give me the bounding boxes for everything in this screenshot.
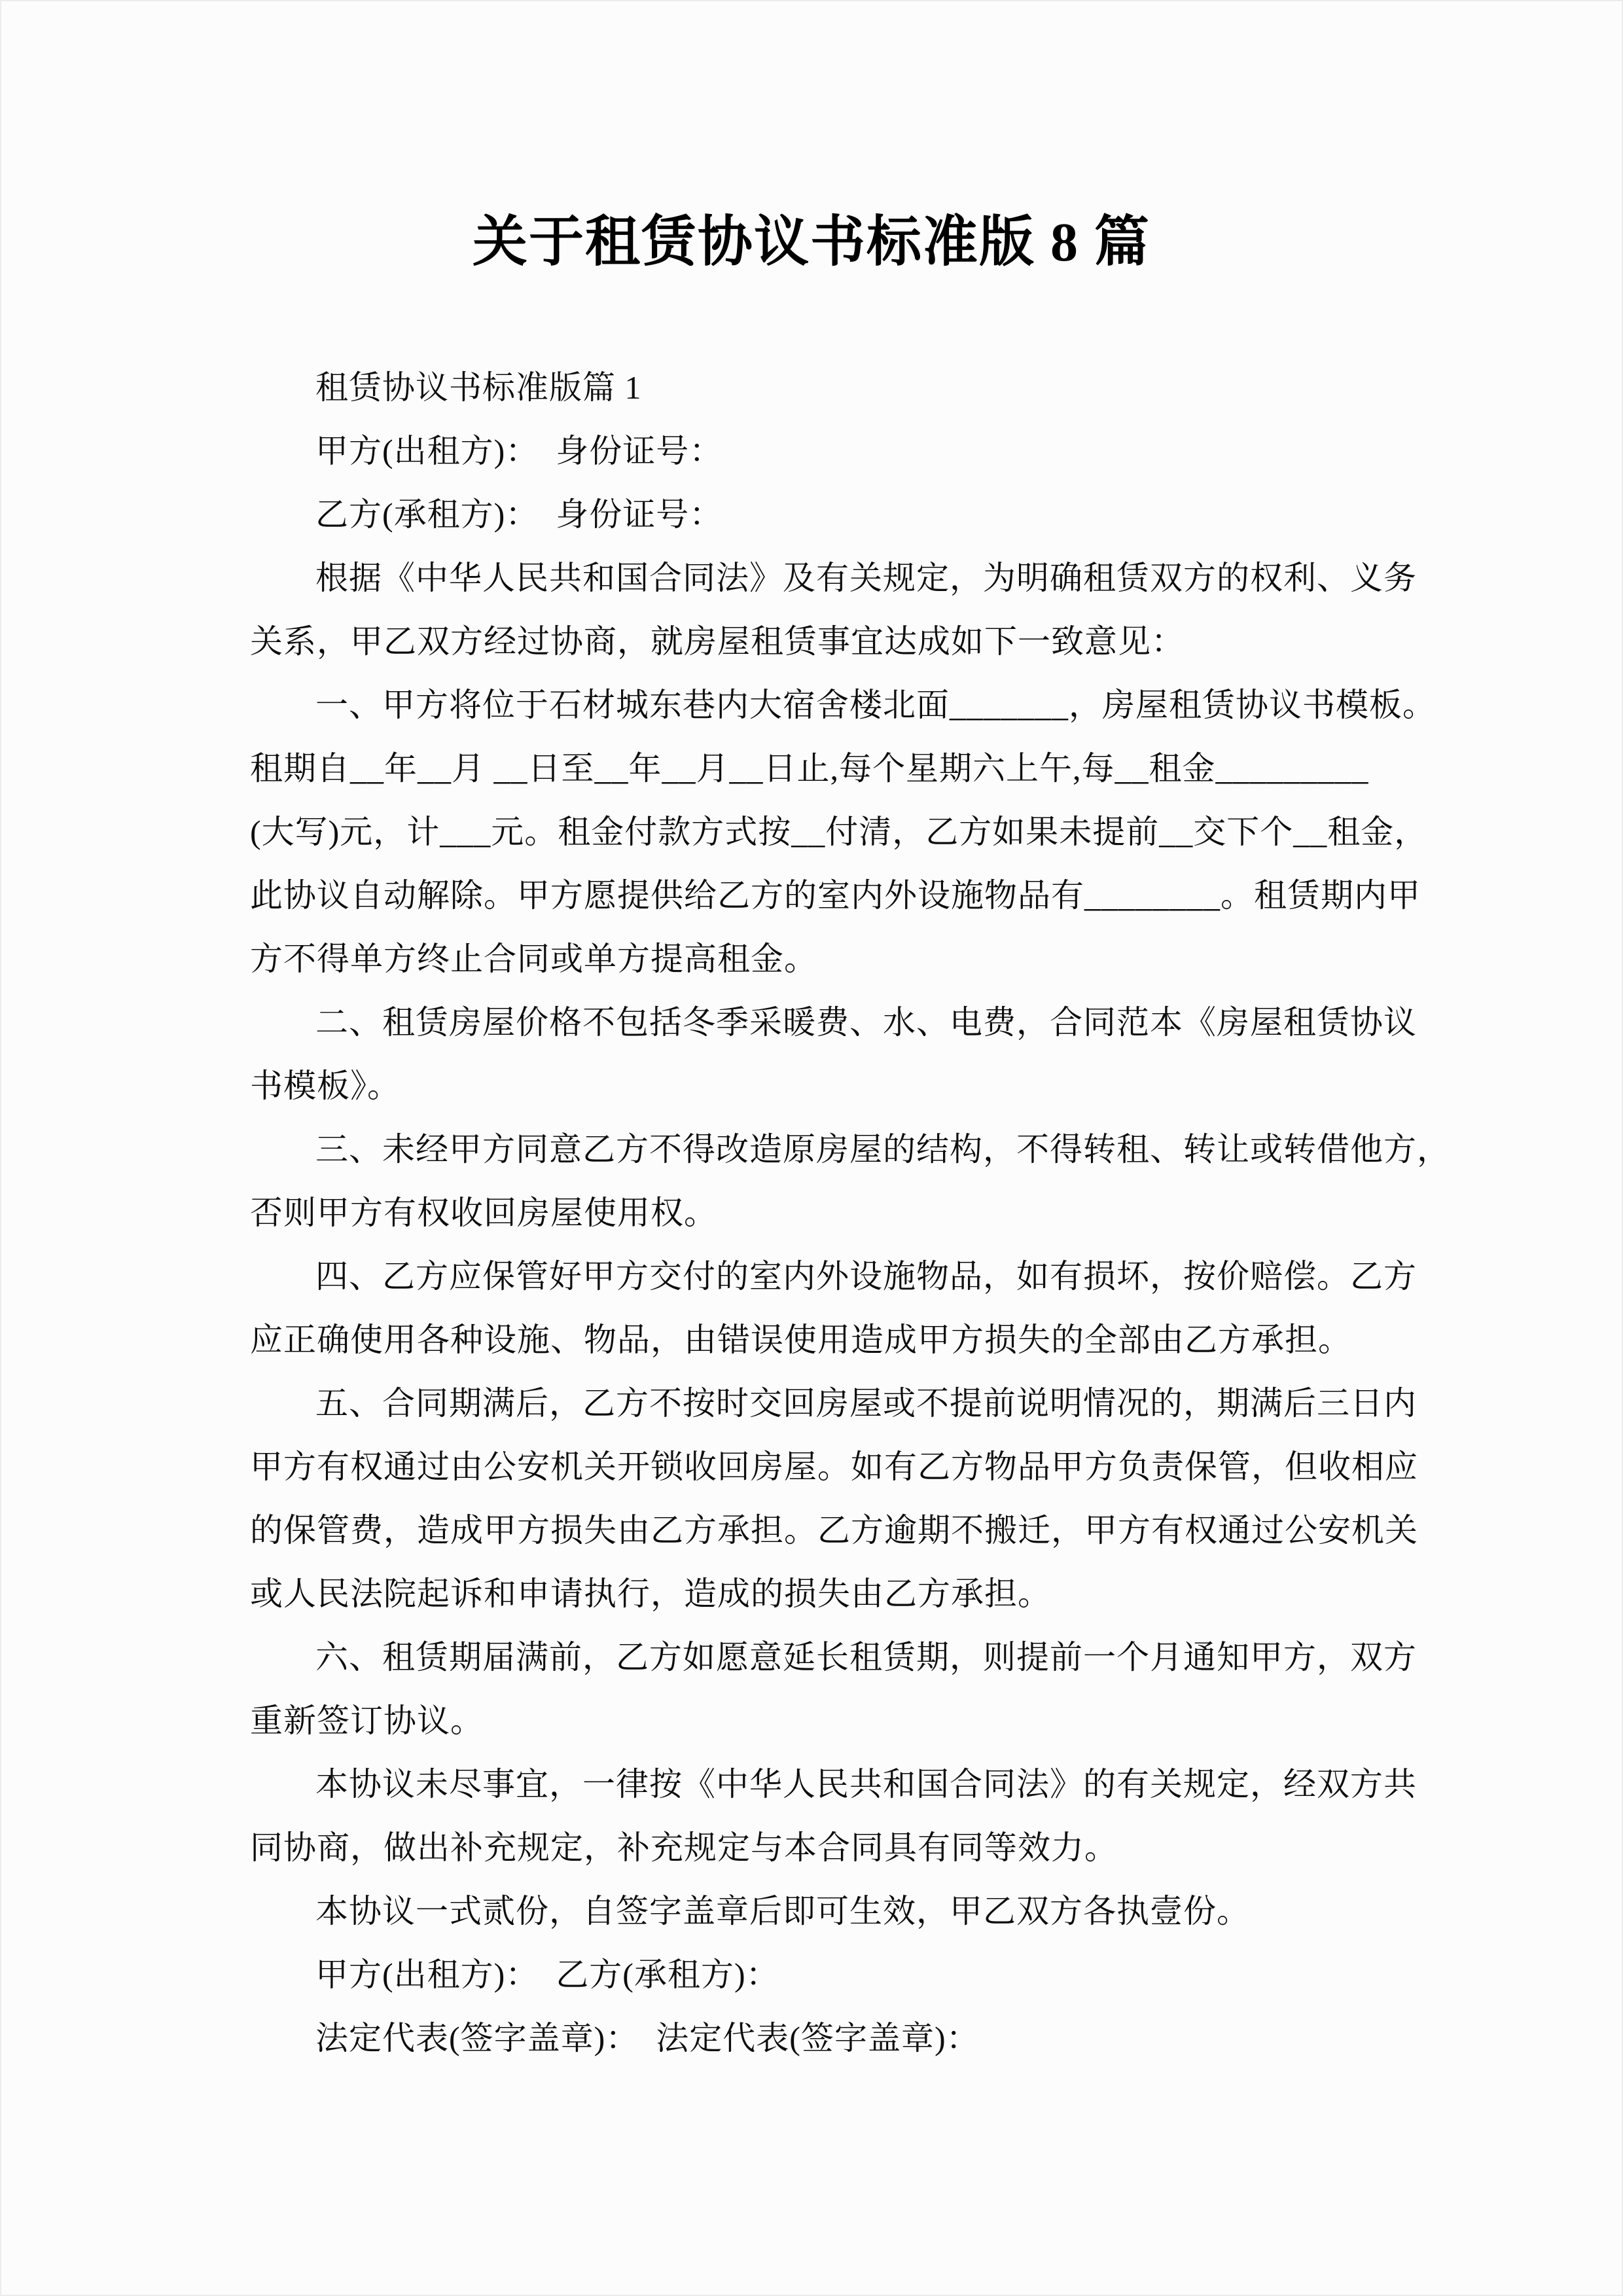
document-title: 关于租赁协议书标准版 8 篇 <box>1 198 1622 277</box>
body-line: 的保管费，造成甲方损失由乙方承担。乙方逾期不搬迁，甲方有权通过公安机关 <box>250 1499 1389 1562</box>
document-body: 租赁协议书标准版篇 1 甲方(出租方)： 身份证号： 乙方(承租方)： 身份证号… <box>250 356 1389 2070</box>
signature-parties-line: 甲方(出租方)： 乙方(承租方)： <box>250 1943 1389 2007</box>
body-line: 方不得单方终止合同或单方提高租金。 <box>250 927 1389 991</box>
clause-1-line: 一、甲方将位于石材城东巷内大宿舍楼北面_______，房屋租赁协议书模板。 <box>250 673 1389 737</box>
body-line: 本协议未尽事宜，一律按《中华人民共和国合同法》的有关规定，经双方共 <box>250 1753 1389 1816</box>
body-line: 本协议一式贰份，自签字盖章后即可生效，甲乙双方各执壹份。 <box>250 1880 1389 1943</box>
document-page: 关于租赁协议书标准版 8 篇 租赁协议书标准版篇 1 甲方(出租方)： 身份证号… <box>0 0 1623 2296</box>
clause-6-line: 六、租赁期届满前，乙方如愿意延长租赁期，则提前一个月通知甲方，双方 <box>250 1626 1389 1689</box>
body-line: (大写)元，计___元。租金付款方式按__付清，乙方如果未提前__交下个__租金… <box>250 800 1389 864</box>
signature-representatives-line: 法定代表(签字盖章)： 法定代表(签字盖章)： <box>250 2007 1389 2070</box>
party-a-line: 甲方(出租方)： 身份证号： <box>250 420 1389 483</box>
body-line: 应正确使用各种设施、物品，由错误使用造成甲方损失的全部由乙方承担。 <box>250 1308 1389 1372</box>
clause-3-line: 三、未经甲方同意乙方不得改造原房屋的结构，不得转租、转让或转借他方， <box>250 1118 1389 1181</box>
body-line: 租期自__年__月 __日至__年__月__日止,每个星期六上午,每__租金__… <box>250 737 1389 800</box>
body-line: 根据《中华人民共和国合同法》及有关规定，为明确租赁双方的权利、义务 <box>250 547 1389 610</box>
clause-2-line: 二、租赁房屋价格不包括冬季采暖费、水、电费，合同范本《房屋租赁协议 <box>250 991 1389 1054</box>
body-line: 同协商，做出补充规定，补充规定与本合同具有同等效力。 <box>250 1816 1389 1880</box>
clause-5-line: 五、合同期满后，乙方不按时交回房屋或不提前说明情况的，期满后三日内 <box>250 1372 1389 1435</box>
body-line: 否则甲方有权收回房屋使用权。 <box>250 1181 1389 1245</box>
body-line: 或人民法院起诉和申请执行，造成的损失由乙方承担。 <box>250 1562 1389 1626</box>
body-line: 书模板》。 <box>250 1054 1389 1118</box>
body-line: 重新签订协议。 <box>250 1689 1389 1753</box>
body-line: 此协议自动解除。甲方愿提供给乙方的室内外设施物品有________。租赁期内甲 <box>250 864 1389 927</box>
clause-4-line: 四、乙方应保管好甲方交付的室内外设施物品，如有损坏，按价赔偿。乙方 <box>250 1245 1389 1308</box>
body-line: 甲方有权通过由公安机关开锁收回房屋。如有乙方物品甲方负责保管，但收相应 <box>250 1435 1389 1499</box>
body-line: 关系，甲乙双方经过协商，就房屋租赁事宜达成如下一致意见： <box>250 610 1389 673</box>
party-b-line: 乙方(承租方)： 身份证号： <box>250 483 1389 547</box>
doc-subtitle-line: 租赁协议书标准版篇 1 <box>250 356 1389 420</box>
